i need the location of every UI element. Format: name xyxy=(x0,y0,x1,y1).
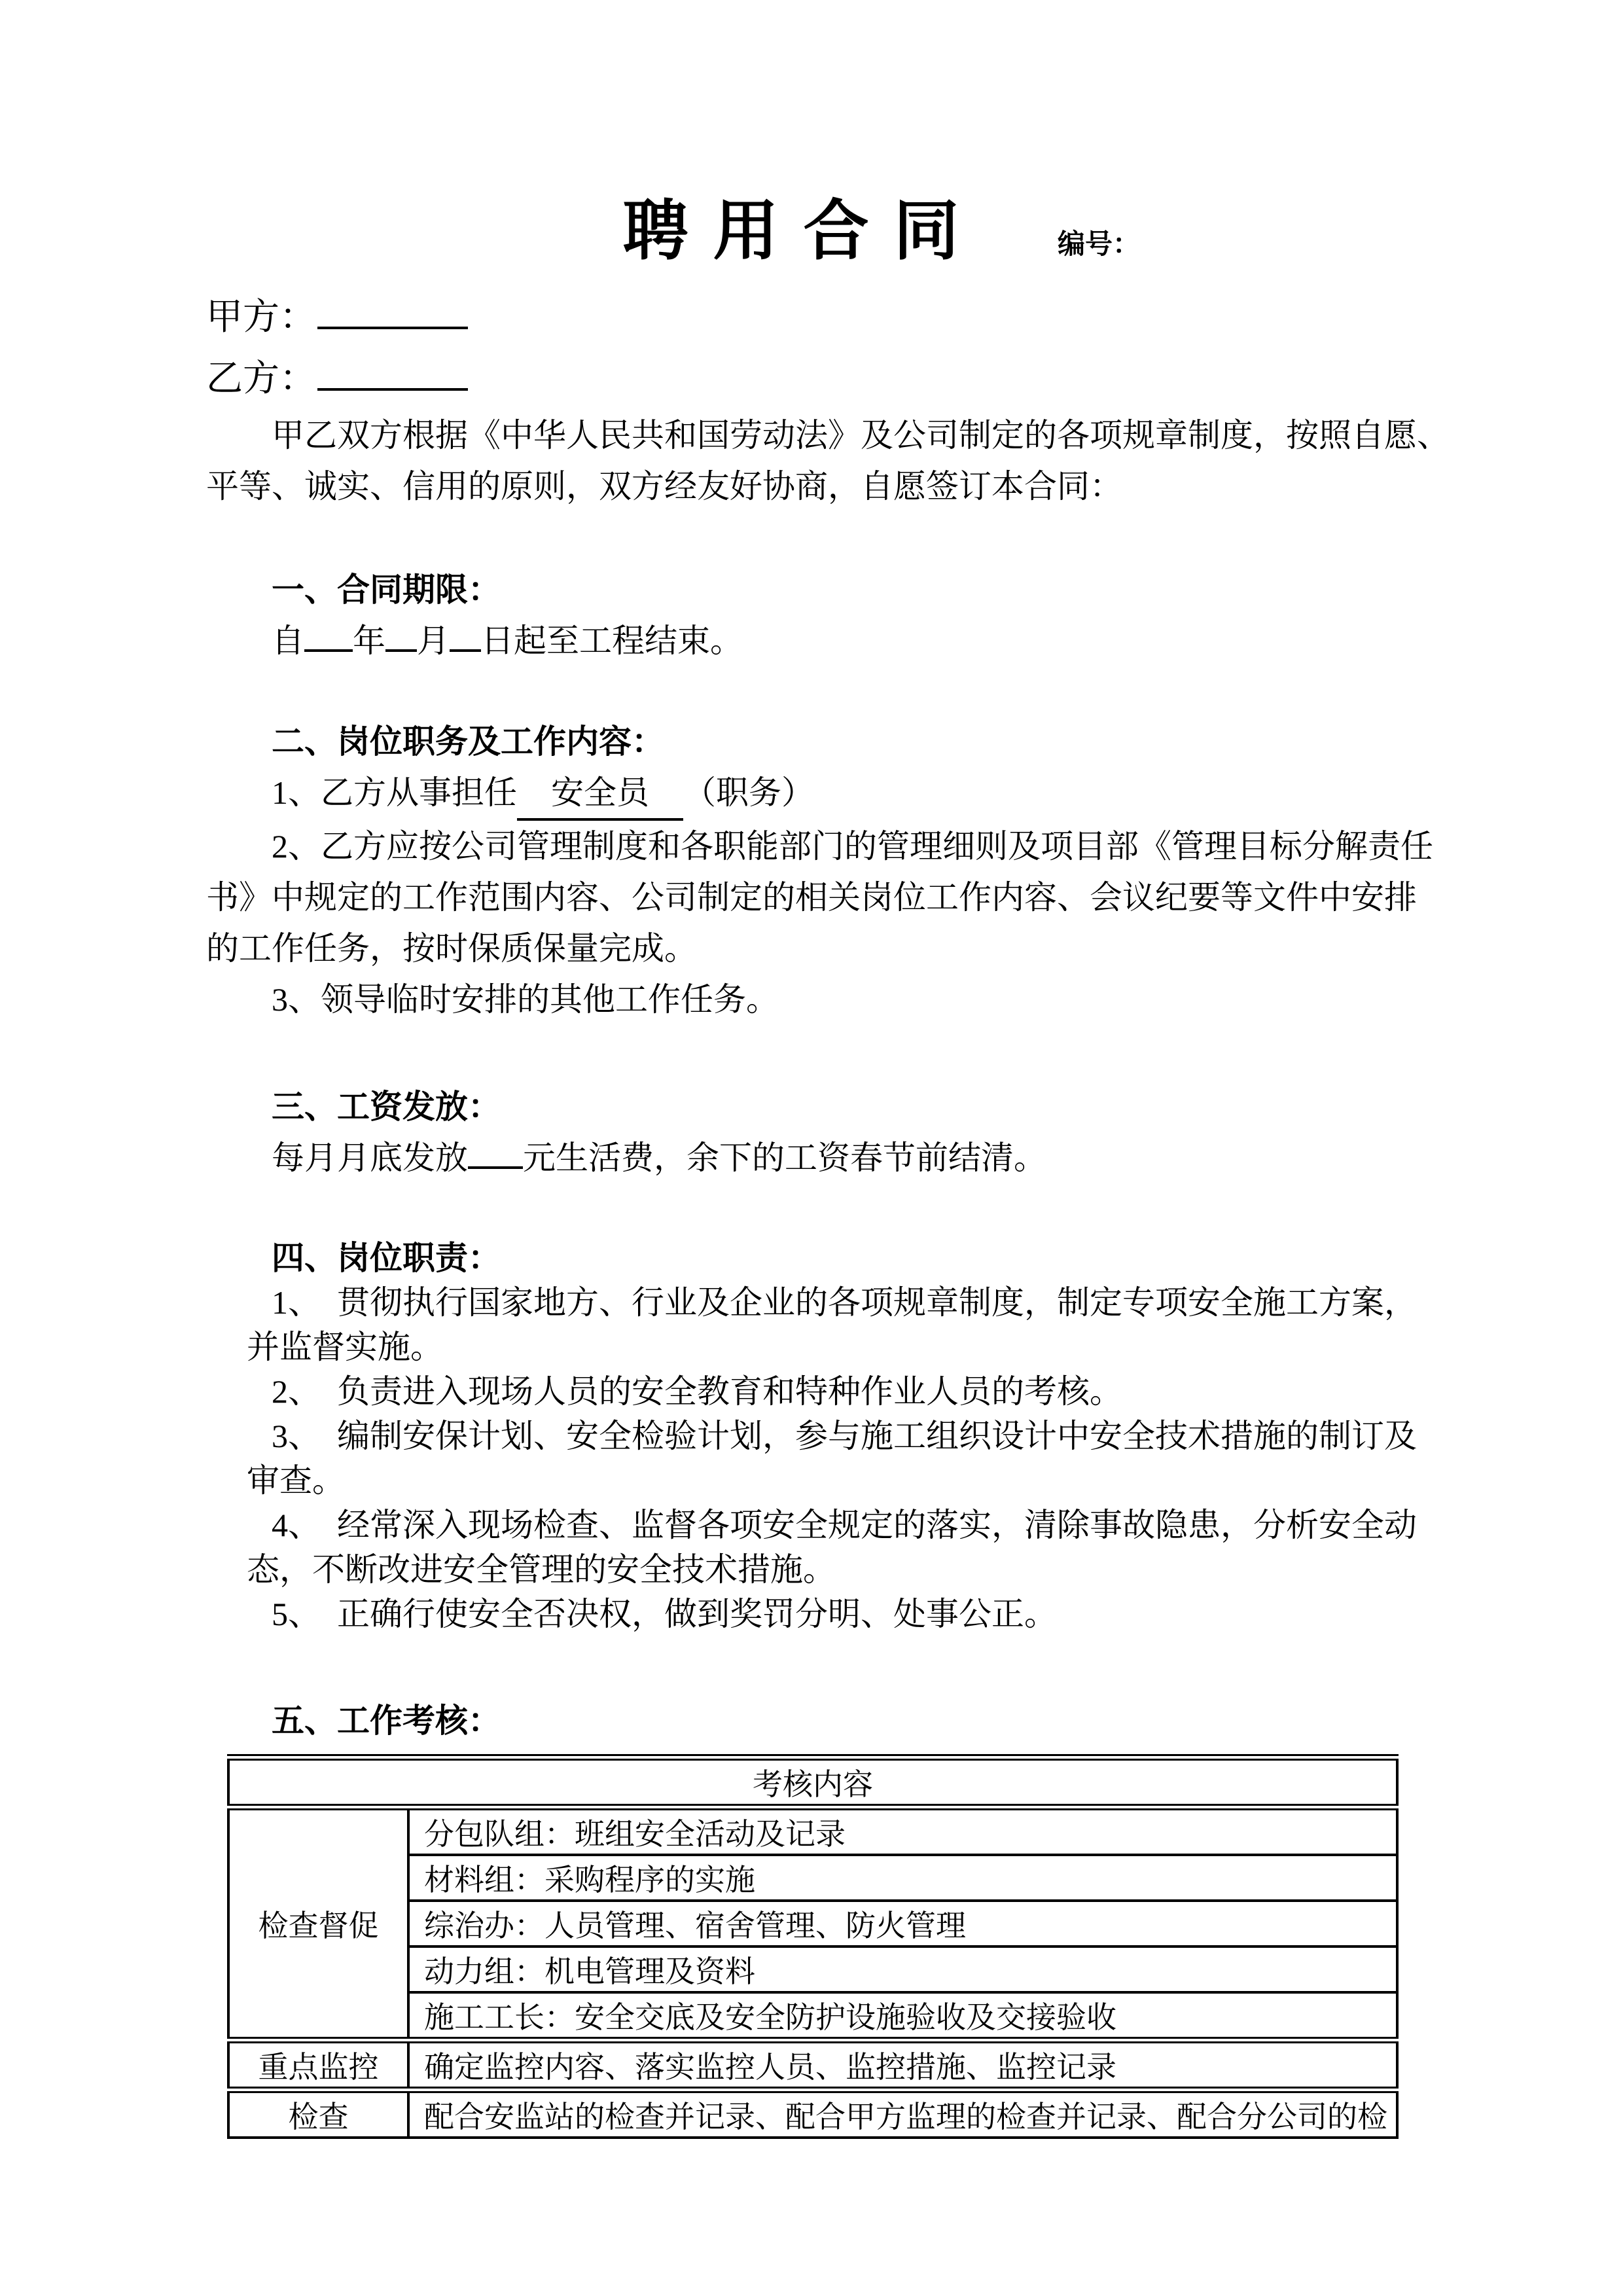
section-4-item-1-line-2: 并监督实施。 xyxy=(206,1325,1427,1369)
section-2-item-2-line-3: 的工作任务，按时保质保量完成。 xyxy=(206,923,1427,974)
salary-line: 每月月底发放元生活费，余下的工资春节前结清。 xyxy=(206,1132,1427,1183)
day-blank xyxy=(450,619,481,652)
party-a-label: 甲方： xyxy=(206,297,316,338)
party-b-blank xyxy=(317,353,468,391)
section-4-item-4-line-2: 态，不断改进安全管理的安全技术措施。 xyxy=(206,1547,1427,1592)
section-1-heading: 一、合同期限： xyxy=(206,564,1427,615)
year-blank xyxy=(304,619,353,652)
item-1-pre: 1、乙方从事担任 xyxy=(272,774,517,811)
section-2-item-2-line-2: 书》中规定的工作范围内容、公司制定的相关岗位工作内容、会议纪要等文件中安排 xyxy=(206,872,1427,923)
intro-line-1: 甲乙双方根据《中华人民共和国劳动法》及公司制定的各项规章制度，按照自愿、 xyxy=(206,410,1427,461)
duration-part-3: 月 xyxy=(417,622,450,659)
salary-blank xyxy=(468,1136,523,1169)
document-title: 聘用合同 xyxy=(193,195,1414,268)
section-4-item-2: 2、 负责进入现场人员的安全教育和特种作业人员的考核。 xyxy=(206,1369,1427,1414)
section-4-item-4-line-1: 4、 经常深入现场检查、监督各项安全规定的落实，清除事故隐患，分析安全动 xyxy=(206,1503,1427,1547)
party-b-label: 乙方： xyxy=(206,359,316,399)
salary-post: 元生活费，余下的工资春节前结清。 xyxy=(523,1139,1046,1176)
section-4-heading: 四、岗位职责： xyxy=(206,1236,1427,1280)
table-header-row: 考核内容 xyxy=(228,1757,1397,1807)
assessment-table: 考核内容 检查督促 分包队组：班组安全活动及记录 材料组：采购程序的实施 综治办… xyxy=(227,1754,1399,2139)
section-4-item-3-line-1: 3、 编制安保计划、安全检验计划，参与施工组织设计中安全技术措施的制订及 xyxy=(206,1414,1427,1458)
table-row: 重点监控 确定监控内容、落实监控人员、监控措施、监控记录 xyxy=(228,2040,1397,2090)
group-label-cell: 检查督促 xyxy=(228,1807,408,2040)
group-row-4: 动力组：机电管理及资料 xyxy=(408,1946,1397,1992)
section-2-heading: 二、岗位职务及工作内容： xyxy=(206,716,1427,767)
row-content-monitoring: 确定监控内容、落实监控人员、监控措施、监控记录 xyxy=(408,2040,1397,2090)
duration-part-4: 日起至工程结束。 xyxy=(481,622,743,659)
section-2-item-3: 3、领导临时安排的其他工作任务。 xyxy=(206,974,1427,1025)
group-row-3: 综治办：人员管理、宿舍管理、防火管理 xyxy=(408,1901,1397,1946)
party-block: 甲方： 乙方： xyxy=(206,287,1427,410)
salary-pre: 每月月底发放 xyxy=(272,1139,468,1176)
duration-part-1: 自 xyxy=(272,622,304,659)
title-row: 聘用合同 编号： xyxy=(206,195,1427,268)
section-5-heading: 五、工作考核： xyxy=(206,1695,1427,1746)
row-content-inspection: 配合安监站的检查并记录、配合甲方监理的检查并记录、配合分公司的检 xyxy=(408,2090,1397,2138)
row-label-monitoring: 重点监控 xyxy=(228,2040,408,2090)
intro-line-2: 平等、诚实、信用的原则，双方经友好协商，自愿签订本合同： xyxy=(206,461,1427,512)
table-row: 检查督促 分包队组：班组安全活动及记录 xyxy=(228,1807,1397,1855)
document-number-label: 编号： xyxy=(1058,229,1140,260)
item-1-post: （职务） xyxy=(683,774,814,811)
section-4-item-1-line-1: 1、 贯彻执行国家地方、行业及企业的各项规章制度，制定专项安全施工方案， xyxy=(206,1280,1427,1325)
group-row-1: 分包队组：班组安全活动及记录 xyxy=(408,1807,1397,1855)
group-row-5: 施工工长：安全交底及安全防护设施验收及交接验收 xyxy=(408,1992,1397,2040)
section-4-item-5: 5、 正确行使安全否决权，做到奖罚分明、处事公正。 xyxy=(206,1592,1427,1636)
position-value: 安全员 xyxy=(517,767,683,821)
month-blank xyxy=(385,619,417,652)
duration-part-2: 年 xyxy=(353,622,385,659)
section-3-heading: 三、工资发放： xyxy=(206,1081,1427,1132)
contract-page: 聘用合同 编号： 甲方： 乙方： 甲乙双方根据《中华人民共和国劳动法》及公司制定… xyxy=(0,0,1623,2296)
section-2-item-1: 1、乙方从事担任安全员（职务） xyxy=(206,767,1427,821)
party-a-blank xyxy=(317,291,468,329)
contract-duration-line: 自年月日起至工程结束。 xyxy=(206,615,1427,666)
table-row: 检查 配合安监站的检查并记录、配合甲方监理的检查并记录、配合分公司的检 xyxy=(228,2090,1397,2138)
table-header-cell: 考核内容 xyxy=(228,1757,1397,1807)
section-2-item-2-line-1: 2、乙方应按公司管理制度和各职能部门的管理细则及项目部《管理目标分解责任 xyxy=(206,821,1427,872)
group-row-2: 材料组：采购程序的实施 xyxy=(408,1855,1397,1901)
party-b-line: 乙方： xyxy=(206,348,1427,410)
row-label-inspection: 检查 xyxy=(228,2090,408,2138)
party-a-line: 甲方： xyxy=(206,287,1427,348)
section-4-item-3-line-2: 审查。 xyxy=(206,1458,1427,1503)
